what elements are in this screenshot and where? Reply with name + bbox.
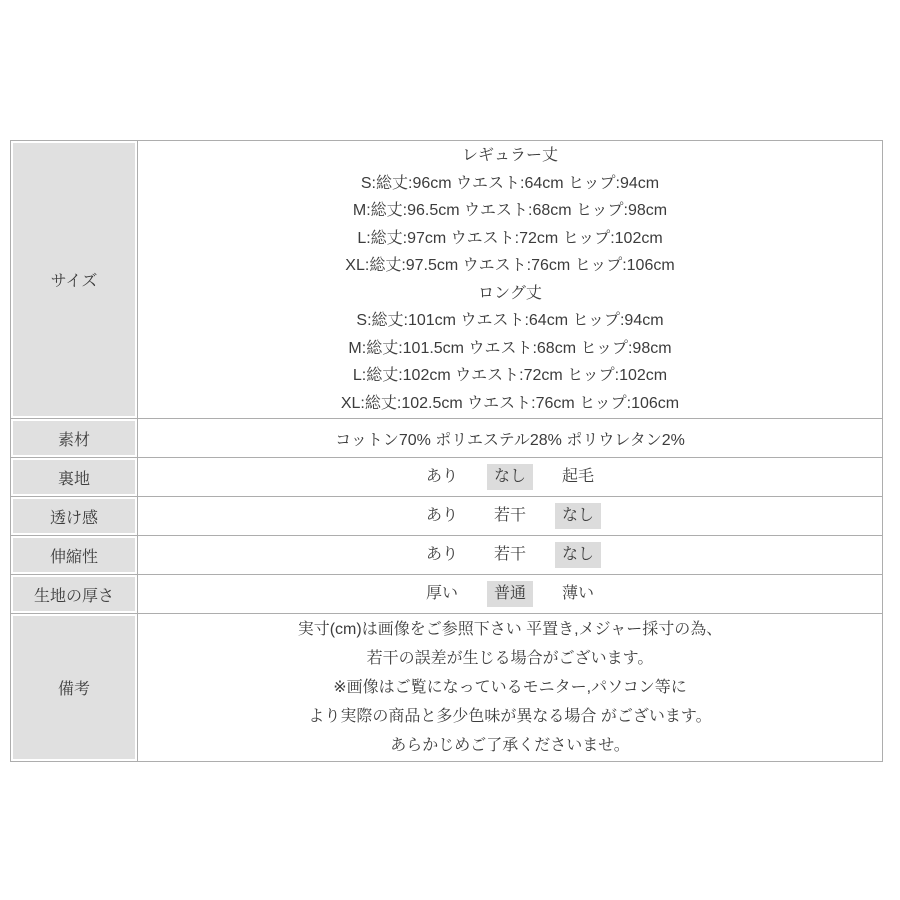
row-header-thickness: 生地の厚さ [11, 575, 138, 614]
table-row-material: 素材 コットン70% ポリエステル28% ポリウレタン2% [11, 419, 883, 458]
sheerness-options: あり若干なし [138, 497, 883, 536]
spec-option: なし [555, 542, 601, 568]
spec-option: 若干 [487, 542, 533, 568]
table-row-lining: 裏地 ありなし起毛 [11, 458, 883, 497]
size-line: S:総丈:96cm ウエスト:64cm ヒップ:94cm [138, 170, 882, 198]
size-details: レギュラー丈 S:総丈:96cm ウエスト:64cm ヒップ:94cm M:総丈… [138, 141, 883, 419]
row-header-stretch: 伸縮性 [11, 536, 138, 575]
notes-text: 実寸(cm)は画像をご参照下さい 平置き,メジャー採寸の為、 若干の誤差が生じる… [138, 614, 883, 762]
size-line: XL:総丈:102.5cm ウエスト:76cm ヒップ:106cm [138, 390, 882, 418]
thickness-options: 厚い普通薄い [138, 575, 883, 614]
spec-option: 若干 [487, 503, 533, 529]
spec-option: あり [419, 503, 465, 529]
notes-line: 若干の誤差が生じる場合がございます。 [138, 644, 882, 673]
spec-option: あり [419, 542, 465, 568]
notes-line: より実際の商品と多少色味が異なる場合 がございます。 [138, 702, 882, 731]
spec-option: あり [419, 464, 465, 490]
spec-option: なし [555, 503, 601, 529]
table-row-stretch: 伸縮性 あり若干なし [11, 536, 883, 575]
material-value: コットン70% ポリエステル28% ポリウレタン2% [138, 419, 883, 458]
product-spec-table: サイズ レギュラー丈 S:総丈:96cm ウエスト:64cm ヒップ:94cm … [10, 140, 883, 762]
size-line: XL:総丈:97.5cm ウエスト:76cm ヒップ:106cm [138, 252, 882, 280]
size-line: ロング丈 [138, 280, 882, 308]
row-header-sheerness: 透け感 [11, 497, 138, 536]
row-header-notes: 備考 [11, 614, 138, 762]
table-row-size: サイズ レギュラー丈 S:総丈:96cm ウエスト:64cm ヒップ:94cm … [11, 141, 883, 419]
table-row-sheerness: 透け感 あり若干なし [11, 497, 883, 536]
row-header-material: 素材 [11, 419, 138, 458]
lining-options: ありなし起毛 [138, 458, 883, 497]
spec-option: 普通 [487, 581, 533, 607]
row-header-size: サイズ [11, 141, 138, 419]
spec-option: 起毛 [555, 464, 601, 490]
notes-line: 実寸(cm)は画像をご参照下さい 平置き,メジャー採寸の為、 [138, 615, 882, 644]
size-line: L:総丈:102cm ウエスト:72cm ヒップ:102cm [138, 362, 882, 390]
spec-option: 厚い [419, 581, 465, 607]
size-line: M:総丈:96.5cm ウエスト:68cm ヒップ:98cm [138, 197, 882, 225]
page: サイズ レギュラー丈 S:総丈:96cm ウエスト:64cm ヒップ:94cm … [0, 0, 900, 900]
size-line: M:総丈:101.5cm ウエスト:68cm ヒップ:98cm [138, 335, 882, 363]
spec-option: 薄い [555, 581, 601, 607]
notes-line: ※画像はご覧になっているモニター,パソコン等に [138, 673, 882, 702]
notes-line: あらかじめご了承くださいませ。 [138, 731, 882, 760]
stretch-options: あり若干なし [138, 536, 883, 575]
size-line: L:総丈:97cm ウエスト:72cm ヒップ:102cm [138, 225, 882, 253]
row-header-lining: 裏地 [11, 458, 138, 497]
table-row-thickness: 生地の厚さ 厚い普通薄い [11, 575, 883, 614]
size-line: レギュラー丈 [138, 142, 882, 170]
size-line: S:総丈:101cm ウエスト:64cm ヒップ:94cm [138, 307, 882, 335]
table-row-notes: 備考 実寸(cm)は画像をご参照下さい 平置き,メジャー採寸の為、 若干の誤差が… [11, 614, 883, 762]
spec-option: なし [487, 464, 533, 490]
